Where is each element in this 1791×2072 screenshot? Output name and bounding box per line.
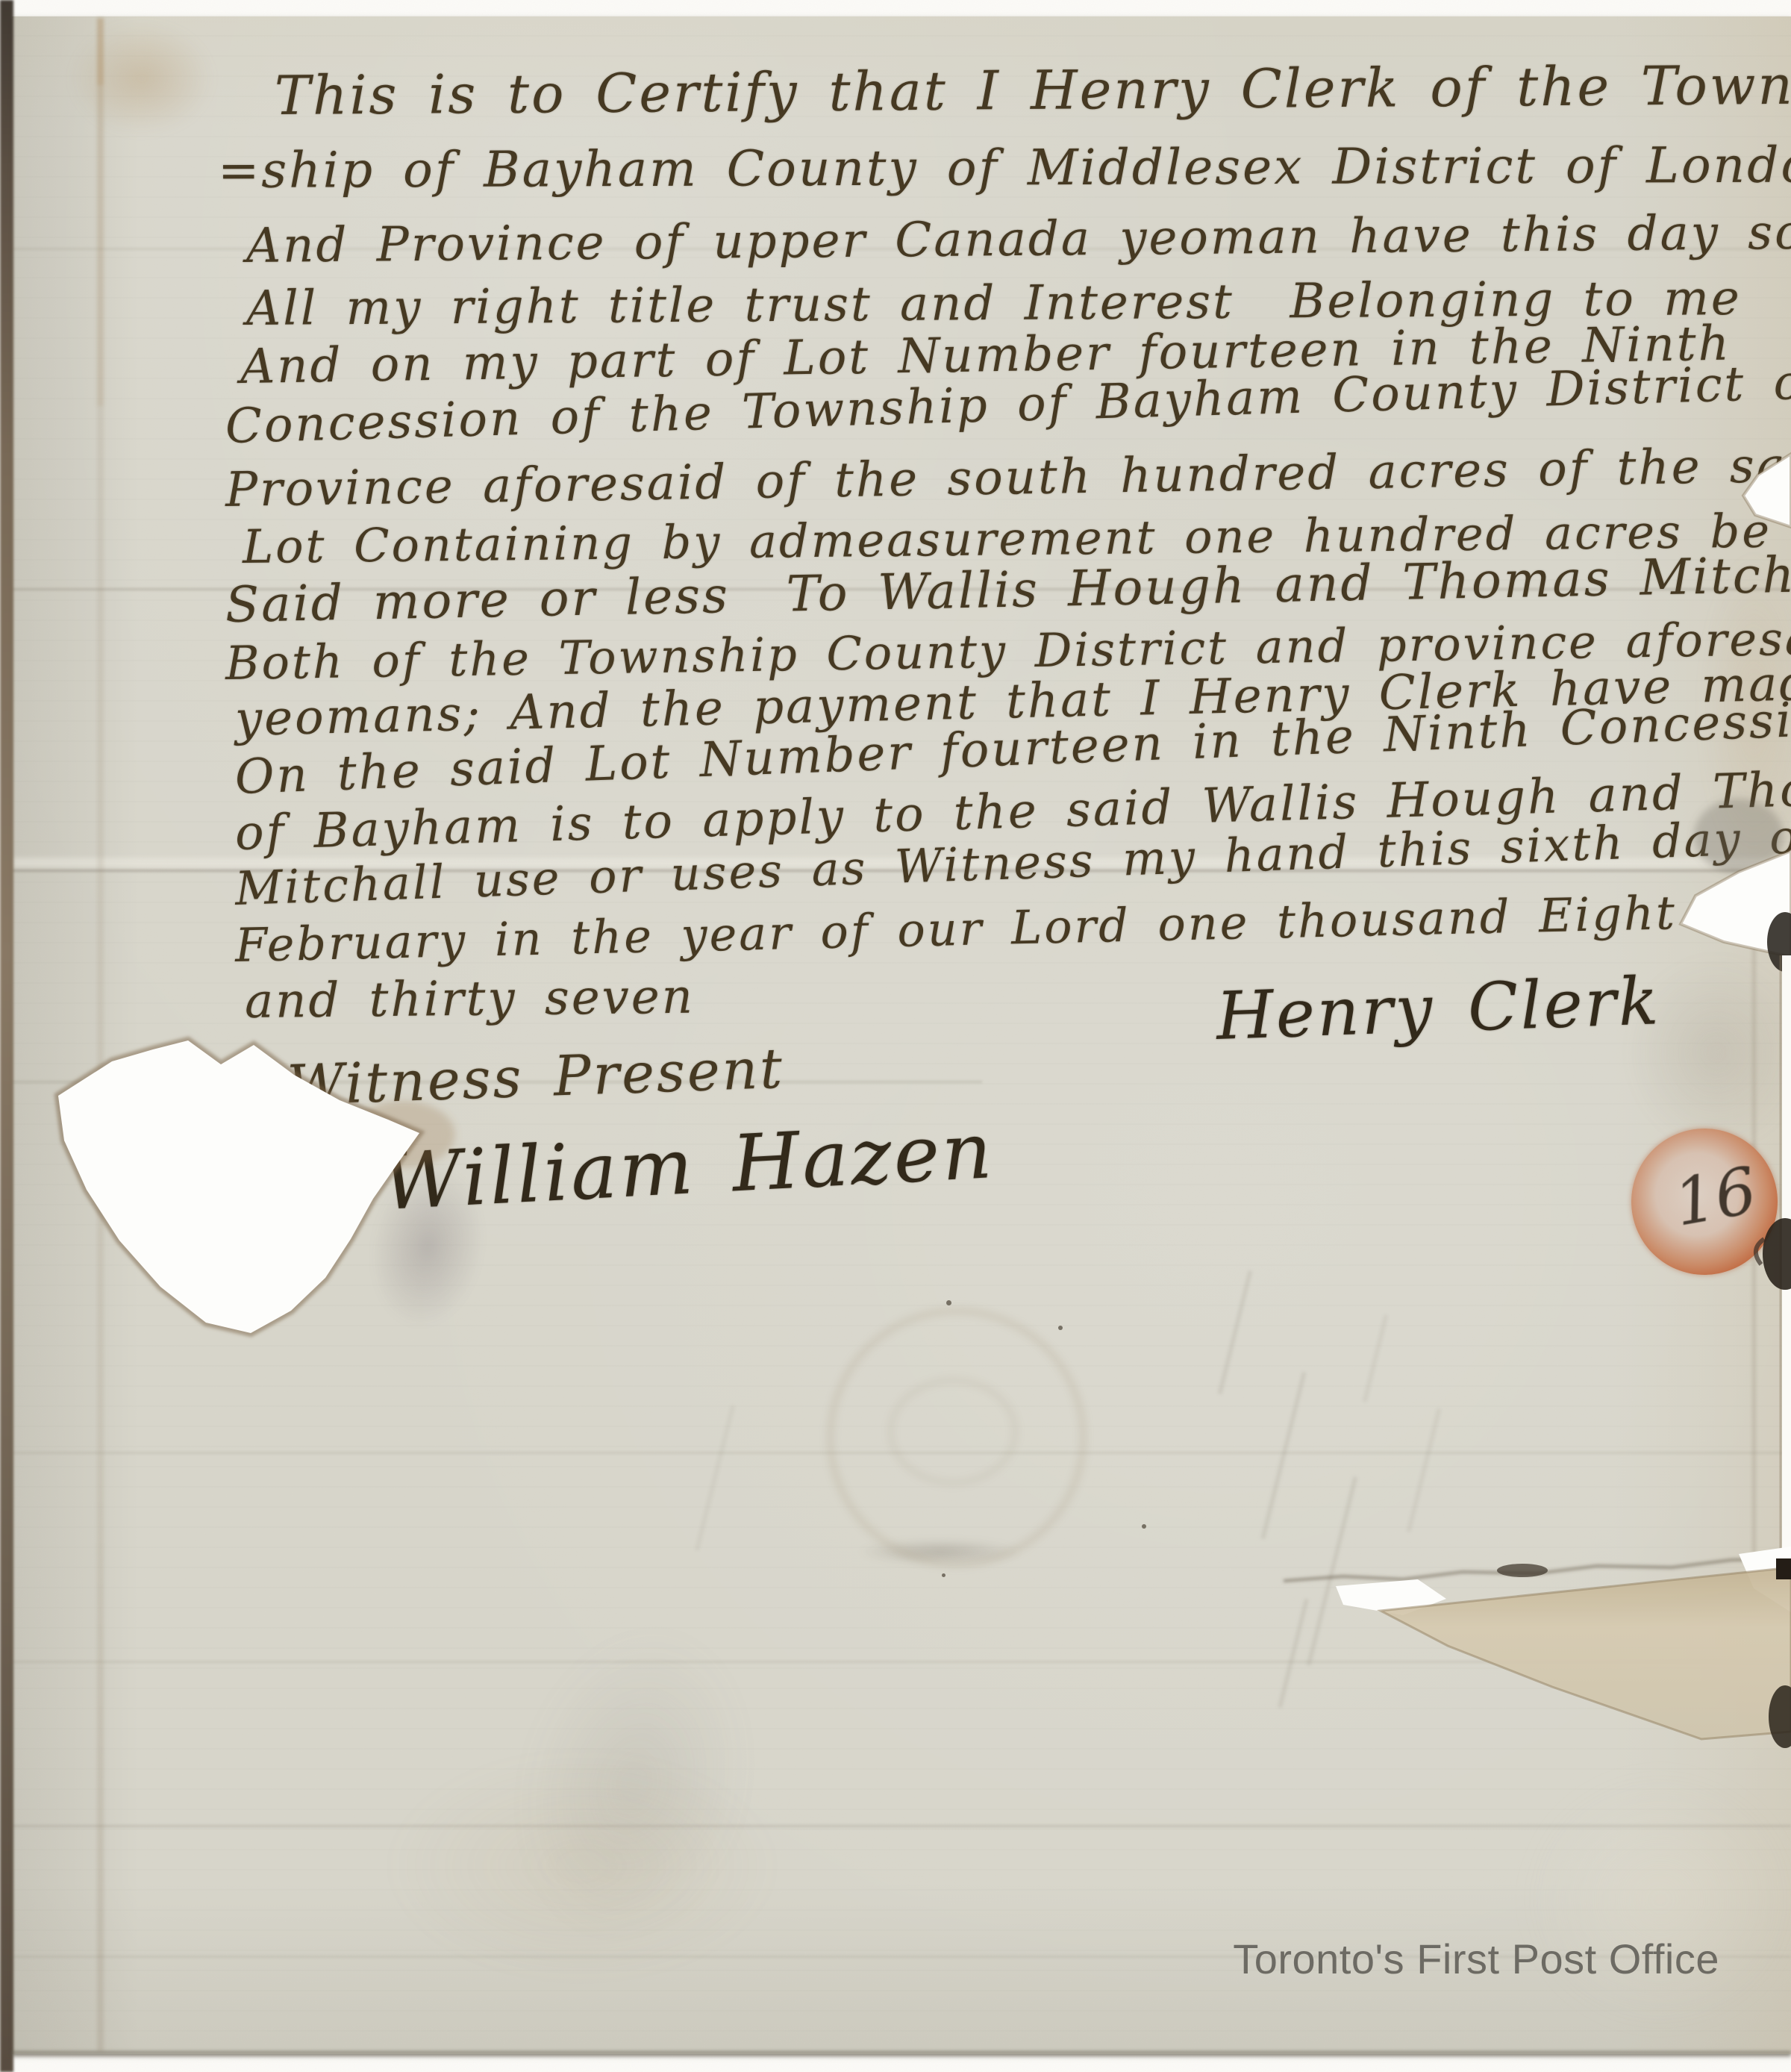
stain <box>71 22 213 134</box>
seal-ink-mark: 16 <box>1669 1153 1762 1241</box>
ink-speck <box>946 1300 951 1305</box>
ink-speck <box>1142 1524 1146 1529</box>
handwritten-line: =ship of Bayham County of Middlesex Dist… <box>218 140 1791 196</box>
stain <box>388 1754 776 1978</box>
scan-edge-shadow <box>0 0 13 2072</box>
handwritten-line: and thirty seven <box>245 973 696 1026</box>
signature-henry-clerk: Henry Clerk <box>1215 968 1661 1049</box>
postmark-ghost-inner <box>888 1378 1018 1485</box>
ink-speck <box>1058 1326 1063 1330</box>
handwritten-line: This is to Certify that I Henry Clerk of… <box>275 58 1791 122</box>
fold-crease <box>12 1661 1791 1663</box>
paper-bottom-shadow <box>12 2051 1791 2057</box>
collection-watermark: Toronto's First Post Office <box>1233 1935 1719 1983</box>
fold-crease <box>12 1825 1791 1827</box>
ink-speck <box>942 1573 945 1577</box>
handwritten-line: And Province of upper Canada yeoman have… <box>246 208 1791 270</box>
document-scan: This is to Certify that I Henry Clerk of… <box>0 0 1791 2072</box>
witness-heading: Witness Present <box>287 1041 785 1114</box>
wax-seal: 16 <box>1631 1129 1778 1275</box>
light-patch <box>1530 1776 1791 2023</box>
vertical-fold <box>97 18 104 2051</box>
